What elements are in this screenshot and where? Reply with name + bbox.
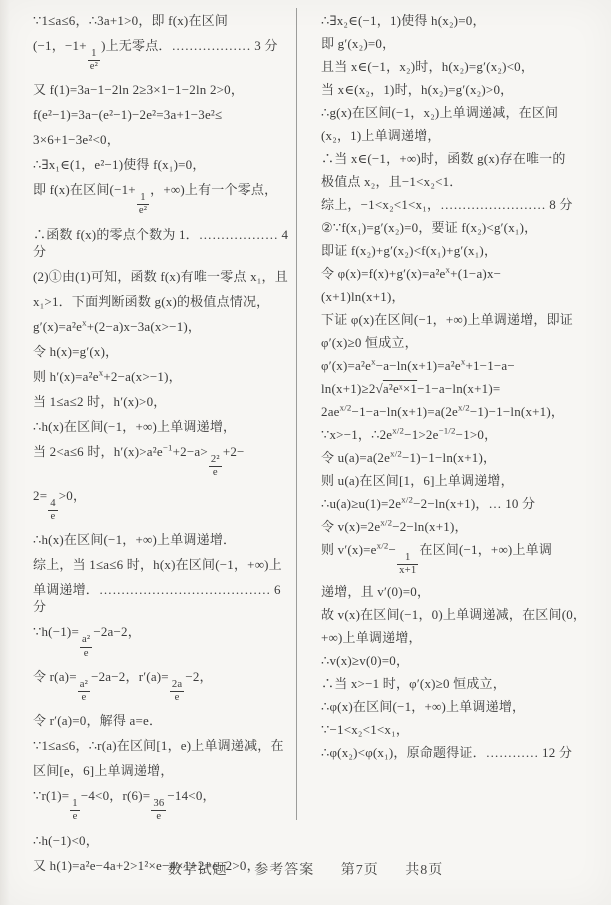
fraction: a²e xyxy=(77,679,91,705)
text-line: 综上，−1<x₂<1<x₁，…………………… 8 分 xyxy=(321,196,593,213)
text-line: +∞)上单调递增， xyxy=(321,629,593,646)
text-line: ∴h(x)在区间(−1，+∞)上单调递增． xyxy=(33,531,289,548)
text-line: φ′(x)=a²ex−a−ln(x+1)=a²ex+1−1−a− xyxy=(321,357,593,374)
text-line: 令 φ(x)=f(x)+g′(x)=a²ex+(1−a)x− xyxy=(321,265,593,282)
text-line: 故 v(x)在区间(−1，0)上单调递减，在区间(0， xyxy=(321,606,593,623)
text-line: 令 v(x)=2ex/2−2−ln(x+1)， xyxy=(321,518,593,535)
text-line: ∴u(a)≥u(1)=2ex/2−2−ln(x+1)，… 10 分 xyxy=(321,495,593,512)
text-line: 下证 φ(x)在区间(−1，+∞)上单调递增，即证 xyxy=(321,311,593,328)
fraction: 1e² xyxy=(87,48,101,74)
text-line: ∴函数 f(x)的零点个数为 1．……………… 4 分 xyxy=(33,226,289,260)
text-line: 3×6+1−3e²<0， xyxy=(33,131,289,148)
text-line: 2=4e>0， xyxy=(33,487,289,523)
text-line: 即 f(x)在区间(−1+1e²，+∞)上有一个零点， xyxy=(33,181,289,217)
text-line: ∴当 x∈(−1，+∞)时，函数 g(x)存在唯一的 xyxy=(321,150,593,167)
text-line: 当 x∈(x₂，1)时，h(x₂)=g′(x₂)>0， xyxy=(321,81,593,98)
text-line: ∵r(1)=1e−4<0，r(6)=36e−14<0， xyxy=(33,787,289,823)
footer-doc-title: 数学试题 xyxy=(168,863,228,878)
text-line: ∴φ(x)在区间(−1，+∞)上单调递增， xyxy=(321,698,593,715)
text-line: (−1，−1+1e²)上无零点．……………… 3 分 xyxy=(33,37,289,73)
text-line: ②∵f(x₁)=g′(x₂)=0，要证 f(x₂)<g′(x₁)， xyxy=(321,219,593,236)
text-line: 则 h′(x)=a²ex+2−a(x>−1)， xyxy=(33,368,289,385)
answer-sheet-page: ∵1≤a≤6，∴3a+1>0，即 f(x)在区间(−1，−1+1e²)上无零点．… xyxy=(0,0,611,905)
fraction: 1x+1 xyxy=(396,552,419,578)
text-line: 且当 x∈(−1，x₂)时，h(x₂)=g′(x₂)<0， xyxy=(321,58,593,75)
scan-edge-shadow xyxy=(0,0,10,905)
footer-total-pages: 共8页 xyxy=(405,863,443,878)
fraction: 1e² xyxy=(136,192,150,218)
text-line: ∵1≤a≤6，∴3a+1>0，即 f(x)在区间 xyxy=(33,12,289,29)
column-divider xyxy=(296,8,297,820)
text-line: 则 u(a)在区间[1，6]上单调递增， xyxy=(321,472,593,489)
text-line: 单调递增．………………………………… 6 分 xyxy=(33,581,289,615)
text-line: ∵−1<x₂<1<x₁， xyxy=(321,721,593,738)
text-line: 令 r(a)=a²e−2a−2，r′(a)=2ae−2， xyxy=(33,668,289,704)
text-line: 当 2<a≤6 时，h′(x)>a²e−1+2−a>2²e+2− xyxy=(33,443,289,479)
text-line: 区间[e，6]上单调递增， xyxy=(33,762,289,779)
text-line: 令 u(a)=a(2ex/2−1)−1−ln(x+1)， xyxy=(321,449,593,466)
fraction: a²e xyxy=(79,634,93,660)
text-line: ∵h(−1)=a²e−2a−2， xyxy=(33,623,289,659)
left-text-column: ∵1≤a≤6，∴3a+1>0，即 f(x)在区间(−1，−1+1e²)上无零点．… xyxy=(33,12,289,882)
text-line: ∵1≤a≤6，∴r(a)在区间[1，e)上单调递减，在 xyxy=(33,737,289,754)
text-line: 又 f(1)=3a−1−2ln 2≥3×1−1−2ln 2>0， xyxy=(33,81,289,98)
text-line: g′(x)=a²ex+(2−a)x−3a(x>−1)， xyxy=(33,318,289,335)
text-line: 令 r′(a)=0，解得 a=e． xyxy=(33,712,289,729)
fraction: 1e xyxy=(69,798,81,824)
text-line: ∴v(x)≥v(0)=0， xyxy=(321,652,593,669)
text-line: ∵x>−1，∴2ex/2−1>2e−1/2−1>0， xyxy=(321,426,593,443)
text-line: ∴∃x₂∈(−1，1)使得 h(x₂)=0， xyxy=(321,12,593,29)
text-line: ∴∃x₁∈(1，e²−1)使得 f(x₁)=0， xyxy=(33,156,289,173)
text-line: 递增，且 v′(0)=0， xyxy=(321,583,593,600)
text-line: 2aex/2−1−a−ln(x+1)=a(2ex/2−1)−1−ln(x+1)， xyxy=(321,403,593,420)
text-line: f(e²−1)=3a−(e²−1)−2e²=3a+1−3e²≤ xyxy=(33,106,289,123)
text-line: 极值点 x₂，且−1<x₂<1． xyxy=(321,173,593,190)
fraction: 4e xyxy=(47,498,59,524)
text-line: ln(x+1)≥2√a²eˣ×1−1−a−ln(x+1)= xyxy=(321,380,593,397)
page-footer: 数学试题 参考答案 第7页 共8页 xyxy=(0,859,611,879)
text-line: ∴当 x>−1 时，φ′(x)≥0 恒成立， xyxy=(321,675,593,692)
footer-subtitle: 参考答案 xyxy=(254,863,314,878)
radical-expression: a²eˣ×1 xyxy=(383,381,417,396)
text-line: (x₂，1)上单调递增， xyxy=(321,127,593,144)
text-line: 综上，当 1≤a≤6 时，h(x)在区间(−1，+∞)上 xyxy=(33,556,289,573)
fraction: 36e xyxy=(150,798,167,824)
text-line: ∴h(−1)<0， xyxy=(33,832,289,849)
fraction: 2²e xyxy=(208,454,223,480)
text-line: ∴g(x)在区间(−1，x₂)上单调递减，在区间 xyxy=(321,104,593,121)
text-line: 令 h(x)=g′(x)， xyxy=(33,343,289,360)
right-text-column: ∴∃x₂∈(−1，1)使得 h(x₂)=0，即 g′(x₂)=0，且当 x∈(−… xyxy=(321,12,593,767)
text-line: (x+1)ln(x+1)， xyxy=(321,288,593,305)
text-line: x₁>1．下面判断函数 g(x)的极值点情况， xyxy=(33,293,289,310)
fraction: 2ae xyxy=(169,679,185,705)
footer-page-number: 第7页 xyxy=(341,863,379,878)
text-line: (2)①由(1)可知，函数 f(x)有唯一零点 x₁，且 xyxy=(33,268,289,285)
text-line: 则 v′(x)=ex/2−1x+1在区间(−1，+∞)上单调 xyxy=(321,541,593,577)
text-line: 即 g′(x₂)=0， xyxy=(321,35,593,52)
text-line: φ′(x)≥0 恒成立， xyxy=(321,334,593,351)
text-line: ∴h(x)在区间(−1，+∞)上单调递增， xyxy=(33,418,289,435)
text-line: ∴φ(x₂)<φ(x₁)，原命题得证．………… 12 分 xyxy=(321,744,593,761)
text-line: 即证 f(x₂)+g′(x₂)<f(x₁)+g′(x₁)， xyxy=(321,242,593,259)
text-line: 当 1≤a≤2 时，h′(x)>0， xyxy=(33,393,289,410)
